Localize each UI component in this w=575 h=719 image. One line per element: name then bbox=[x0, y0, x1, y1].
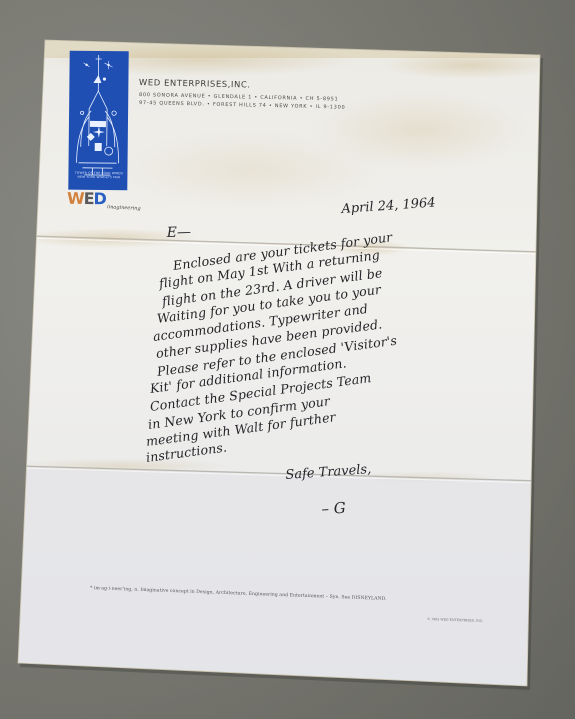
copyright-notice: © 1963 WED ENTERPRISES, INC. bbox=[427, 617, 483, 623]
imagineering-definition: * im·ag·i·neer'ing, n. Imaginative conce… bbox=[90, 586, 387, 602]
letter-footer: * im·ag·i·neer'ing, n. Imaginative conce… bbox=[0, 0, 575, 719]
